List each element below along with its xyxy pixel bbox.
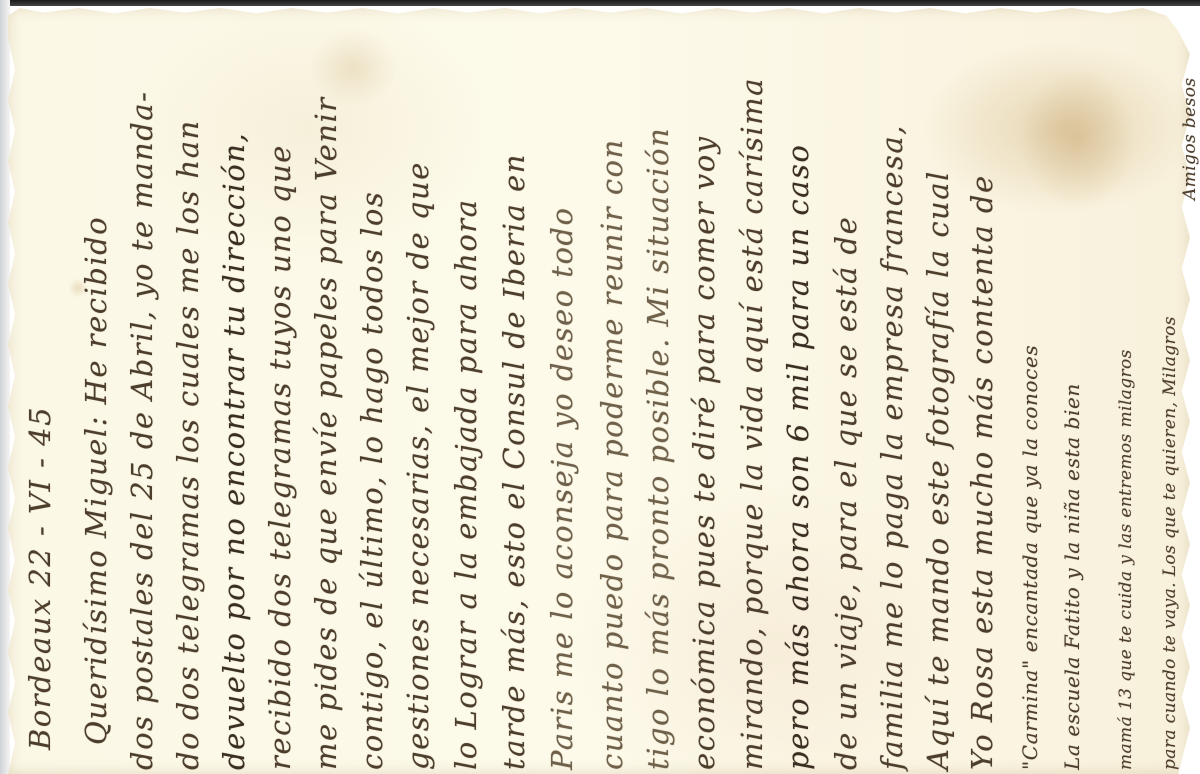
handwritten-text: Bordeaux 22 - VI - 45 Queridísimo Miguel…: [0, 0, 1200, 774]
greeting-line: Queridísimo Miguel: He recibido: [78, 216, 83, 745]
signature-line: Amigos besos: [1172, 77, 1200, 200]
